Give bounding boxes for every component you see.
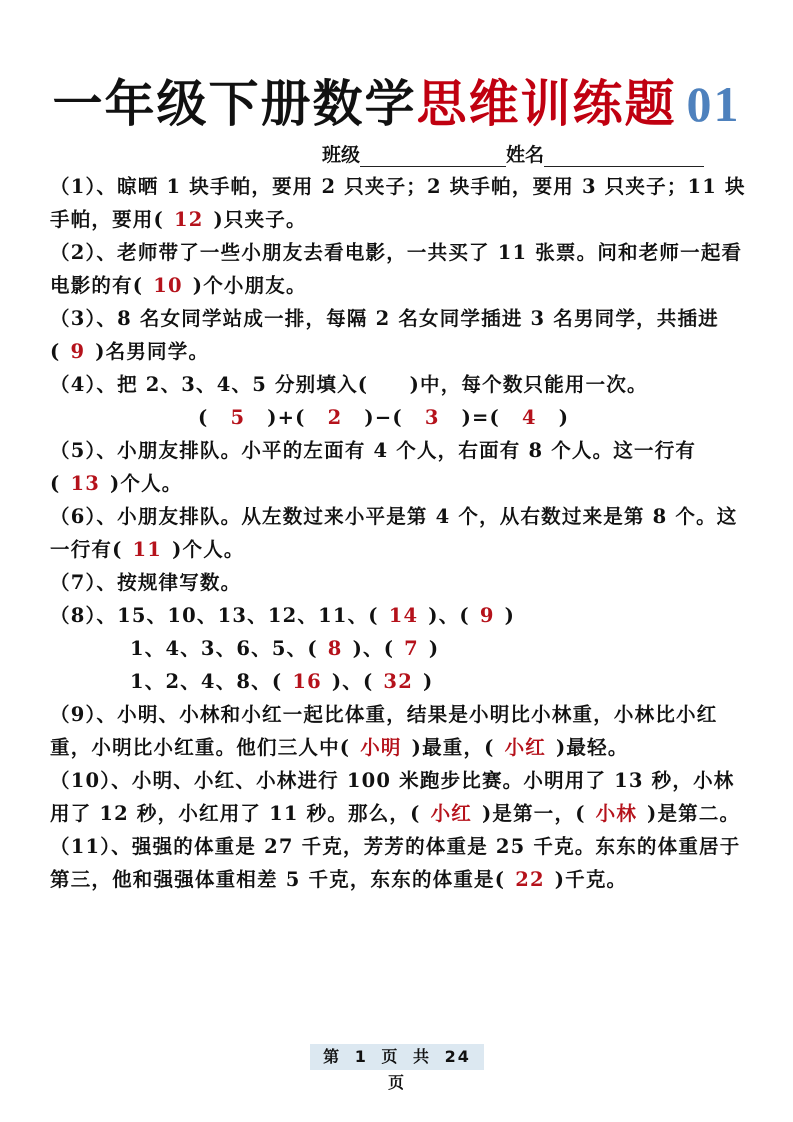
answer: 5 [208,406,267,429]
answer: 10 [143,274,193,297]
question-text: )、( [428,604,470,627]
question-text: )千克。 [555,868,628,891]
answer: 4 [500,406,559,429]
question-text: )是第一，( [482,802,586,825]
answer: 11 [123,538,173,561]
question-text: )是第二。 [647,802,740,825]
question-list: （1）、晾晒 1 块手帕，要用 2 只夹子；2 块手帕，要用 3 只夹子；11 … [50,170,750,896]
question-6: （6）、小朋友排队。从左数过来小平是第 4 个，从右数过来是第 8 个。这一行有… [50,500,750,566]
answer: 32 [373,670,423,693]
page-title: 一年级下册数学思维训练题01 [0,74,793,134]
answer: 2 [306,406,365,429]
name-field[interactable] [544,146,704,167]
title-number: 01 [687,76,741,132]
answer: 小林 [586,802,647,825]
class-field[interactable] [360,146,506,167]
equation: (5)+(2)−(3)=(4) [50,401,750,434]
question-8-seq-1: （8）、15、10、13、12、11、(14)、(9) [50,599,750,632]
question-text: )最轻。 [556,736,629,759]
question-5: （5）、小朋友排队。小平的左面有 4 个人，右面有 8 个人。这一行有(13)个… [50,434,750,500]
question-text: )名男同学。 [95,340,209,363]
operator: )+( [267,406,305,429]
question-text: （1）、晾晒 1 块手帕，要用 2 只夹子；2 块手帕，要用 3 只夹子；11 … [50,175,746,231]
answer: 14 [379,604,429,627]
class-label: 班级 [322,140,360,167]
answer: 小红 [495,736,556,759]
paren: ( [198,406,208,429]
page-indicator: 第 1 页 共 24 页 [310,1044,484,1070]
answer: 9 [60,340,95,363]
answer: 12 [164,208,214,231]
answer: 3 [403,406,462,429]
question-2: （2）、老师带了一些小朋友去看电影，一共买了 11 张票。问和老师一起看电影的有… [50,236,750,302]
question-text: )个人。 [110,472,183,495]
question-text: )个人。 [172,538,245,561]
student-info: 班级 姓名 [322,140,704,167]
operator: )−( [364,406,402,429]
answer: 9 [470,604,505,627]
question-text: ) [423,670,433,693]
question-7: （7）、按规律写数。 [50,566,750,599]
answer: 小红 [421,802,482,825]
question-text: ) [429,637,439,660]
question-text: （4）、把 2、3、4、5 分别填入( )中，每个数只能用一次。 [50,373,648,396]
question-4: （4）、把 2、3、4、5 分别填入( )中，每个数只能用一次。 [50,368,750,401]
answer: 8 [318,637,353,660]
question-text: )最重，( [412,736,495,759]
question-3: （3）、8 名女同学站成一排，每隔 2 名女同学插进 3 名男同学，共插进(9)… [50,302,750,368]
answer: 13 [60,472,110,495]
question-text: （11）、强强的体重是 27 千克，芳芳的体重是 25 千克。东东的体重居于第三… [50,835,740,891]
question-9: （9）、小明、小林和小红一起比体重，结果是小明比小林重，小林比小红重，小明比小红… [50,698,750,764]
paren: ) [559,406,569,429]
question-text: 1、4、3、6、5、( [130,637,318,660]
title-topic: 思维训练题 [417,75,677,133]
answer: 16 [282,670,332,693]
question-text: )、( [332,670,374,693]
title-grade: 一年级下册数学 [53,75,417,133]
question-1: （1）、晾晒 1 块手帕，要用 2 只夹子；2 块手帕，要用 3 只夹子；11 … [50,170,750,236]
question-text: )只夹子。 [213,208,306,231]
question-11: （11）、强强的体重是 27 千克，芳芳的体重是 25 千克。东东的体重居于第三… [50,830,750,896]
operator: )=( [462,406,500,429]
question-text: （7）、按规律写数。 [50,571,241,594]
question-8-seq-3: 1、2、4、8、(16)、(32) [50,665,750,698]
question-text: 1、2、4、8、( [130,670,282,693]
question-text: （8）、15、10、13、12、11、( [50,604,379,627]
question-10: （10）、小明、小红、小林进行 100 米跑步比赛。小明用了 13 秒，小林用了… [50,764,750,830]
question-8-seq-2: 1、4、3、6、5、(8)、(7) [50,632,750,665]
question-text: )、( [353,637,395,660]
answer: 小明 [350,736,411,759]
answer: 7 [394,637,429,660]
name-label: 姓名 [506,140,544,167]
answer: 22 [505,868,555,891]
question-text: )个小朋友。 [193,274,307,297]
question-text: ) [505,604,515,627]
